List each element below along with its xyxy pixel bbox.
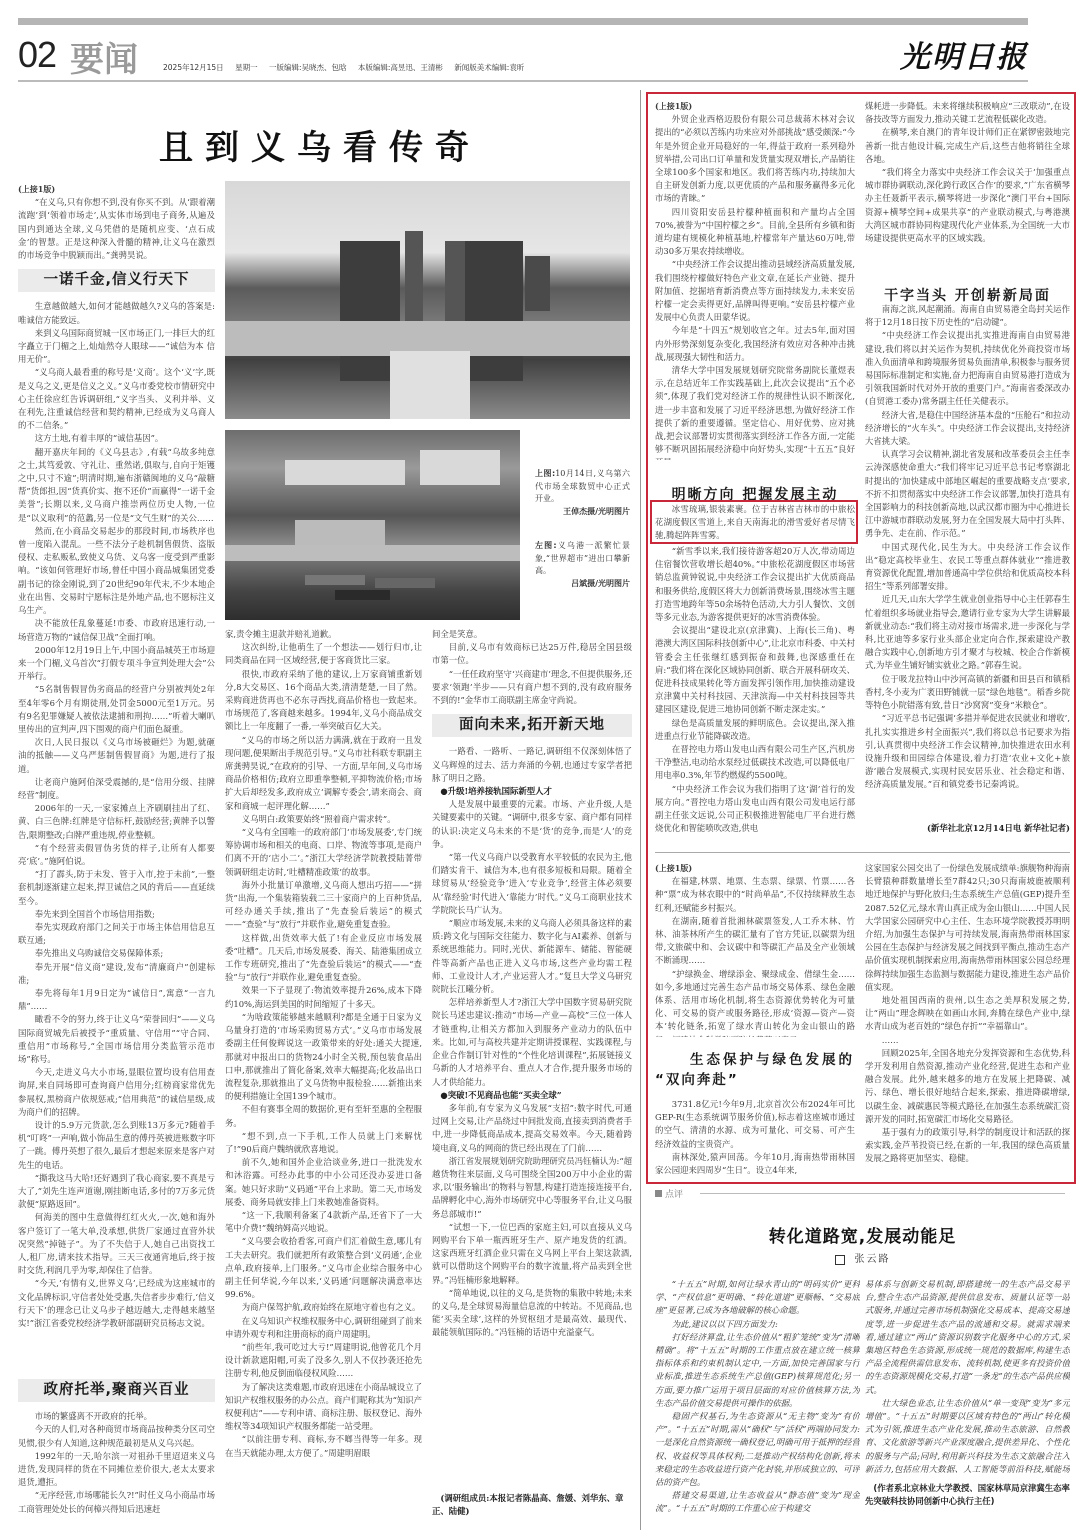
- paragraph: 位于吸龙拉特山中沙河高镇的新疆和田县百和镇稻香村,冬小麦为广袤田野铺就一层“绿色…: [865, 673, 1070, 713]
- paragraph: 2006年的一天,一家家摊点上齐刷刷挂出了红、黄、白三色牌:红牌是守信标杆,鼓励…: [18, 802, 215, 842]
- paragraph: 四川资阳安岳县柠檬种植面积和产量均占全国70%,被誉为“中国柠檬之乡”。目前,全…: [655, 206, 855, 259]
- paragraph: 一路看、一路听、一路记,调研组不仅深刻体悟了义乌辉煌的过去、活力奔涌的今朝,也通…: [432, 745, 632, 785]
- paragraph: 为此,建议以以下四方面发力:: [655, 1318, 860, 1331]
- masthead-meta: 2025年12月15日 星期一 一版编辑:吴晓杰、包晗 本版编辑:高昱迅、王清彬…: [163, 62, 533, 73]
- paragraph: 在福建,林票、地票、生态票、绿票、竹票……各种“票”成为林农眼中的“时尚单品”,…: [655, 875, 855, 915]
- paragraph: 这方土地,有着丰厚的“诚信基因”。: [18, 432, 215, 445]
- photo-credit-top: 王倬杰摄/光明图片: [535, 506, 630, 519]
- masthead-top-bar: [18, 18, 1028, 25]
- paragraph: 清华大学中国发展规划研究院常务副院长董煜表示,在总结近年工作实践基础上,此次会议…: [655, 364, 855, 460]
- issue-date: 2025年12月15日: [163, 63, 224, 72]
- paragraph: ……: [865, 1034, 1070, 1047]
- issue-weekday: 星期一: [235, 63, 258, 72]
- paragraph: 为商户保驾护航,政府始终在原地守着也有之义。: [225, 1301, 422, 1314]
- paragraph: “简单地说,以往的义乌,是货物的集散中转地;未来的义乌,是全球贸易海量信息流的中…: [432, 1287, 632, 1340]
- paragraph: 1992年的一天,哈尔滨一对祖孙千里迢迢来义乌进货,发现同样的货在不同摊位差价很…: [18, 1450, 215, 1490]
- paragraph: “新雪季以来,我们接待游客超20万人次,带动周边住宿餐饮营收增长超40%。”中旅…: [655, 545, 855, 624]
- paragraph: 让老商户施阿伯深受震撼的,是“信用分级、挂牌经营”制度。: [18, 776, 215, 802]
- paragraph: 间全是笑意。: [432, 628, 632, 641]
- commentary-column-1: “十五五”时期,如何让绿水青山的“明码实价”更科学、“产权信息”更明确、“转化道…: [655, 1278, 860, 1528]
- masthead: 02 要闻 2025年12月15日 星期一 一版编辑:吴晓杰、包晗 本版编辑:高…: [18, 30, 1028, 80]
- paragraph: 奉先实现政府部门之间关于市场主体信用信息互联互通;: [18, 921, 215, 947]
- paragraph: 近几天,山东大学学生就业创业指导中心主任郭春生忙着组织多场就业指导会,邀请行业专…: [865, 593, 1070, 672]
- photo-caption-top: 上图:10月14日,义乌第六代市场全球数贸中心正式开业。 王倬杰摄/光明图片: [535, 468, 630, 518]
- paragraph: “试想一下,一位巴西的家庭主妇,可以直接从义乌网购平台下单一瓶西班牙生产、原产地…: [432, 1221, 632, 1287]
- paragraph: “第一代义乌商户以受教育水平较低的农民为主,他们踏实肯干、诚信为本,也有很多短板…: [432, 851, 632, 917]
- paragraph: 海外小批量订单激增,义乌商人想出巧招——“拼货”出海,一个集装箱装载二三十家商户…: [225, 879, 422, 932]
- masthead-rule: [18, 80, 1028, 82]
- paragraph: “中央经济工作会议提出扎实推进海南自由贸易港建设,我们将以封关运作为契机,持续优…: [865, 329, 1070, 408]
- paragraph: 目前,义乌市有效商标已达25万件,稳居全国县级市第一位。: [432, 641, 632, 667]
- continued-label: (上接1版): [655, 100, 855, 113]
- paragraph: “有个经营卖假冒伪劣货的样子,让所有人都要亮‘底’。”施阿伯说。: [18, 842, 215, 868]
- paragraph: 奉先推出义乌购诚信交易保障体系;: [18, 947, 215, 960]
- conference-story-column-1: (上接1版) 外贸企业西格迈股份有限公司总裁蒋木林对会议提出的“必须以苦练内功来…: [655, 100, 855, 460]
- bullet-heading-trade: ●突破!不见商品也能“买卖全球”: [432, 1089, 632, 1102]
- continued-label: (上接1版): [655, 862, 855, 875]
- section-title-integrity: 一诺千金,信义行天下: [18, 269, 215, 292]
- continued-label: (上接1版): [18, 183, 215, 196]
- art-editor: 新闻版美术编辑:袁昕: [454, 63, 524, 72]
- section-title-future: 面向未来,拓开新天地: [432, 714, 632, 737]
- paragraph: 回顾2025年,全国各地充分发挥资源和生态优势,科学开发利用自然资源,推动产业化…: [865, 1047, 1070, 1126]
- paragraph: 奉先开展“信义商”建设,发布“清廉商户”创建标准;: [18, 961, 215, 987]
- paragraph: 煤耗进一步降低。未来将继续积极响应“三改联动”,在设备技改等方面发力,推动关键工…: [865, 100, 1070, 126]
- paragraph: 2000年12月19日上午,中国小商品城英王市场迎来一个门楣,义乌首次“打假专项…: [18, 644, 215, 684]
- green-story-column-1b: 3731.8亿元!今年9月,北京首次公布2024年可比GEP-R(生态系统调节服…: [655, 1098, 855, 1178]
- paragraph: 今天,走进义乌大小市场,显眼位置均设有信用查询屏,来自同场即可查询商户信用分;红…: [18, 1066, 215, 1119]
- paragraph: “一任任政府坚守‘兴商建市’理念,不但提供服务,还要求‘领跑’半步——只有商户想…: [432, 668, 632, 708]
- paragraph: 决不能放任乱象蔓延!市委、市政府迅速行动,一场营造万物的“诚信保卫战”全面打响。: [18, 617, 215, 643]
- paragraph: 在横琴,来自澳门的青年设计师们正在紧锣密鼓地完善新一批吉他设计稿,完成生产后,这…: [865, 126, 1070, 166]
- section-title-government: 政府托举,聚商兴百业: [18, 1379, 215, 1402]
- paragraph: 浙江省发展规划研究院助理研究员冯钰楠认为:“超越货物往来层面,义乌可围绕全国20…: [432, 1155, 632, 1221]
- commentary-tag: 点评: [655, 1187, 683, 1200]
- paragraph: 设计的5.9万元货款,怎么到账13万多元?随着手机“叮咚”一声响,做小饰品生意的…: [18, 1119, 215, 1172]
- paragraph: 家,责令摊主退款并赔礼道歉。: [225, 628, 422, 641]
- paragraph: 前不久,她和国外企业洽谈业务,进口一批洗发水和沐浴露。可经办此事的中小公司还没办…: [225, 1156, 422, 1209]
- main-story-byline-box: (调研组成员:本报记者陈晶高、詹媛、刘华东、章正、陆健): [432, 1492, 632, 1528]
- column-divider: [640, 90, 641, 1530]
- paragraph: “打了霹头,防于未发、管于入市,控于未前”,一整套机制逐渐建立起来,捍卫诚信之风…: [18, 868, 215, 908]
- paragraph: 瞰看不令的努力,终于让义乌“荣誉回归”——义乌国际商贸城先后被授予“重质量、守信…: [18, 1013, 215, 1066]
- paragraph: 多年前,有专家为义乌发展“支招”:数字时代,可通过网上交易,让产品绕过中间批发商…: [432, 1102, 632, 1155]
- paragraph: 搭建交易渠道,让生态收益从“静态值”变为“现金流”。“十五五”时期的工作重心应于…: [655, 1489, 860, 1515]
- paragraph: 南海之滨,风起潮涌。海南自由贸易港全岛封关运作将于12月18日按下历史性的“启动…: [865, 303, 1070, 329]
- paragraph: 这家国家公园交出了一份绿色发展成绩单:旗舰物种海南长臂猿种群数量增长至7群42只…: [865, 862, 1070, 994]
- paragraph: “想不到,点一下手机,工作人员就上门来解忧了!”90后商户魏纳就欣喜地说。: [225, 1130, 422, 1156]
- photo-global-trade-center: [225, 181, 630, 419]
- paragraph: 何海美的图中生意做得红红火火,一次,她和海外客户签订了一笔大单,没承想,供货厂家…: [18, 1211, 215, 1277]
- paragraph: “护绿换金、增绿添金、聚绿成金、借绿生金……如今,多地通过完善生态产品市场交易体…: [655, 968, 855, 1037]
- paragraph: 认真学习会议精神,湖北省发展和改革委员会主任李云涛深感使命重大:“我们将牢记习近…: [865, 448, 1070, 540]
- paragraph: “义乌有全国唯一的政府部门‘市场发展委’,专门统筹协调市场和相关的电商、口岸、物…: [225, 826, 422, 879]
- paragraph: 在义乌知识产权维权服务中心,调研组碰到了前来申请外观专利和注册商标的商户周建明。: [225, 1315, 422, 1341]
- paragraph: 中国式现代化,民生为大。中央经济工作会议作出“稳定高校毕业生、农民工等重点群体就…: [865, 541, 1070, 594]
- paragraph: 市场的繁盛离不开政府的托举。: [18, 1410, 215, 1423]
- paragraph: 今年是“十四五”规划收官之年。过去5年,面对国内外形势深刻复杂变化,我国经济有效…: [655, 324, 855, 364]
- main-story-section-government: 政府托举,聚商兴百业 市场的繁盛离不开政府的托举。 今天的人们,对各种商贸市场商…: [18, 1372, 215, 1528]
- photo-yiwu-port: [225, 430, 520, 620]
- conference-story-column-1b: “新雪季以来,我们接待游客超20万人次,带动周边住宿餐饮营收增长超40%。”中旅…: [655, 545, 855, 855]
- green-story-column-2: 这家国家公园交出了一份绿色发展成绩单:旗舰物种海南长臂猿种群数量增长至7群42只…: [865, 862, 1070, 1178]
- paragraph: 易体系与创新交易机制,即搭建统一的生态产品交易平台,整合生态产品资源,提供信息发…: [865, 1278, 1070, 1397]
- paragraph: 今天的人们,对各种商贸市场商品按种类分区司空见惯,很少有人知道,这种规范最初是从…: [18, 1423, 215, 1449]
- paragraph: 经济大省,是稳住中国经济基本盘的“压舱石”和拉动经济增长的“火车头”。中央经济工…: [865, 409, 1070, 449]
- paragraph: 不但有赛事全周的数据价,更有至轩至惠的全程服务。: [225, 1103, 422, 1129]
- conference-story-column-2: 煤耗进一步降低。未来将继续积极响应“三改联动”,在设备技改等方面发力,推动关键工…: [865, 100, 1070, 270]
- paragraph: 在晋控电力塔山发电山西有限公司生产区,汽机房干净整洁,电动给水泵经过低碳技术改造…: [655, 743, 855, 783]
- paragraph: “顺应市场发展,未来的义乌商人必须具备这样的素质:跨文化与国际交往能力、数字化与…: [432, 917, 632, 996]
- paragraph: 奉先来到全国首个市场信用指数;: [18, 908, 215, 921]
- research-team-byline: (调研组成员:本报记者陈晶高、詹媛、刘华东、章正、陆健): [432, 1492, 632, 1518]
- paragraph: 然而,在小商品交易起步的那段时间,市场秩序也曾一度陷入混乱。一些不法分子趁机制售…: [18, 525, 215, 617]
- paragraph: “撕我这马大哈!还好遇到了我心商家,要不真是亏大了,”刘先生连声道谢,刚挂断电话…: [18, 1172, 215, 1212]
- paragraph: 人是发展中最重要的元素。市场、产业升级,人是关键要素中的关键。“调研中,很多专家…: [432, 798, 632, 851]
- paragraph: “今天,‘有情有义,世界义乌’,已经成为这座城市的文化品牌标识,守信者处处受惠,…: [18, 1277, 215, 1330]
- paragraph: 这样做,出货效率大低了!有企业反应市场发展委“吐槽”。几天后,市场发展委、海关、…: [225, 932, 422, 985]
- paragraph: “中央经济工作会议提出推动县域经济高质量发展,我们围绕柠檬做好特色产业文章,在延…: [655, 258, 855, 324]
- story-separator: [655, 852, 1070, 853]
- photo-caption-left: 左图:义乌港一派繁忙景象,“世界超市”进出口攀新高。 吕斌摄/光明图片: [535, 540, 630, 590]
- paragraph: “十五五”时期,如何让绿水青山的“明码实价”更科学、“产权信息”更明确、“转化道…: [655, 1278, 860, 1318]
- paragraph: “习近平总书记强调‘多措并举促进农民就业和增收’,扎扎实实推进乡村全面振兴”,我…: [865, 712, 1070, 791]
- main-story-column-3: 间全是笑意。 目前,义乌市有效商标已达25万件,稳居全国县级市第一位。 “一任任…: [432, 628, 632, 1528]
- paragraph: 生意越做越大,如何才能越做越久?义乌的答案是:唯诚信方能致远。: [18, 300, 215, 326]
- conference-story-column-2b: 南海之滨,风起潮涌。海南自由贸易港全岛封关运作将于12月18日按下历史性的“启动…: [865, 303, 1070, 818]
- paragraph: “为啥政策能够越来越顺利?都是全通于日家为义乌量身打造的‘市场采购贸易方式’。”…: [225, 1011, 422, 1103]
- dateline-box: (新华社北京12月14日电 新华社记者): [865, 822, 1070, 838]
- paragraph: 会议提出“建设北京(京津冀)、上海(长三角)、粤港澳大湾区国际科技创新中心”,让…: [655, 624, 855, 716]
- author-note-box: (作者系北京林业大学教授、国家林草局京津冀生态率先突破科技协同创新中心执行主任): [865, 1482, 1070, 1518]
- paragraph: 南林深处,猿声回荡。今年10月,海南热带雨林国家公园迎来四周岁“生日”。设立4年…: [655, 1151, 855, 1177]
- author-box-icon: [835, 1255, 845, 1265]
- photo-credit-left: 吕斌摄/光明图片: [535, 578, 630, 591]
- paragraph: 在湖南,随着首批湘林碳票签发,人工乔木林、竹林、油茶林所产生的碳汇量有了官方凭证…: [655, 915, 855, 968]
- paragraph: “义乌要会收拾看客,可商户们汇着做生意,哪儿有工夫去研究。我们就把所有政策整合到…: [225, 1235, 422, 1301]
- paragraph: “以前注册专利、商标,夯不啷当得等一年多。现在当天就能办理,太方便了。”周建明眉…: [225, 1433, 422, 1459]
- green-story-column-1: (上接1版) 在福建,林票、地票、生态票、绿票、竹票……各种“票”成为林农眼中的…: [655, 862, 855, 1037]
- paragraph: 为了解决这类难题,市政府迅速在小商品城设立了知识产权维权服务的办公点。商户们昵称…: [225, 1381, 422, 1434]
- paragraph: “义乌的市场之所以活力满满,就在于政府一且发现问题,便果断出手规范引导。”义乌市…: [225, 734, 422, 813]
- paragraph: 义乌明白:政策要始终“照着商户需求转”。: [225, 813, 422, 826]
- commentary-column-2: 易体系与创新交易机制,即搭建统一的生态产品交易平台,整合生态产品资源,提供信息发…: [865, 1278, 1070, 1478]
- paragraph: “这一下,我顺利备案了4款新产品,还省下了一大笔中介费!”魏纳姆高兴地说。: [225, 1209, 422, 1235]
- paragraph: 壮大绿色业态,让生态价值从“单一变现”变为“多元增值”。“十五五”时期要以区域有…: [865, 1397, 1070, 1478]
- xinhua-dateline: (新华社北京12月14日电 新华社记者): [865, 822, 1070, 835]
- main-story-column-1: (上接1版) “在义乌,只有你想不到,没有你买不到。从‘跟着潮流跑’到‘领着市场…: [18, 183, 215, 1528]
- commentary-rule: [700, 1193, 1065, 1194]
- paragraph: 3731.8亿元!今年9月,北京首次公布2024年可比GEP-R(生态系统调节服…: [655, 1098, 855, 1151]
- intro-paragraph: “在义乌,只有你想不到,没有你买不到。从‘跟着潮流跑’到‘领着市场走’,从实体市…: [18, 196, 215, 262]
- paragraph: 效果一下子显现了:物流效率提升26%,成本下降约10%,海运到美国的时间缩短了十…: [225, 984, 422, 1010]
- paragraph: “义乌商人最看重的称号是‘义商’。这个‘义’字,既是义乌之义,更是信义之义。”义…: [18, 366, 215, 432]
- bullet-heading-talent: ●升级!培养接轨国际新型人才: [432, 785, 632, 798]
- paragraph: 外贸企业西格迈股份有限公司总裁蒋木林对会议提出的“必须以苦练内功来应对外部挑战”…: [655, 113, 855, 205]
- author-note: (作者系北京林业大学教授、国家林草局京津冀生态率先突破科技协同创新中心执行主任): [865, 1482, 1070, 1508]
- paragraph: 翻开嘉庆年间的《义乌县志》,有载“乌故多纯意之士,其笃爱敦、守礼让、重然诺,俱取…: [18, 446, 215, 525]
- paragraph: “5名制售假冒伪劣商品的经营户分别被判处2年至4年零6个月有期徒刑,处罚金500…: [18, 683, 215, 736]
- page-editors: 本版编辑:高昱迅、王清彬: [358, 63, 443, 72]
- paragraph: 打好经济算盘,让生态价值从“粗犷笼统”变为“清晰精确”。将“十五五”时期的工作重…: [655, 1331, 860, 1410]
- front-page-editors: 一版编辑:吴晓杰、包晗: [269, 63, 347, 72]
- paragraph: 怎样培养新型人才?浙江大学中国数字贸易研究院院长马述忠建议:推动“市场—产业—高…: [432, 996, 632, 1088]
- page-number: 02: [18, 34, 56, 76]
- commentary-title: 转化道路宽,发展动能足: [645, 1222, 1080, 1247]
- section-title-ecology: 生态保护与绿色发展的 “双向奔赴”: [655, 1050, 855, 1090]
- paragraph: 绿色是高质量发展的鲜明底色。会议提出,深入推进重点行业节能降碳改造。: [655, 717, 855, 743]
- paragraph: 来到义乌国际商贸城一区市场正门,一排巨大的红字矗立于门楣之上,灿灿然夺人眼球——…: [18, 327, 215, 367]
- main-headline: 且到义乌看传奇: [0, 120, 640, 169]
- paragraph: 地处祖国西南的贵州,以生态之美厚积发展之势,让“两山”理念辉映在如画山水间,奔腾…: [865, 994, 1070, 1034]
- main-story-column-2: 家,责令摊主退款并赔礼道歉。 这次纠纷,让他萌生了一个想法——划行归市,让同类商…: [225, 628, 422, 1528]
- paragraph: 这次纠纷,让他萌生了一个想法——划行归市,让同类商品在同一区域经营,便于客商货比…: [225, 641, 422, 667]
- paragraph: 次日,人民日报以《义乌市场被砸烂》为题,就砸油的抵触——义乌严惩制售假冒商》为题…: [18, 736, 215, 776]
- paragraph: “我们将全力落实中央经济工作会议关于‘加强重点城市群协调联动,深化跨行政区合作’…: [865, 166, 1070, 245]
- newspaper-logo: 光明日报: [900, 32, 1028, 76]
- highlighted-paragraph: 冰雪琉璃,银装素裹。位于吉林省吉林市的中旅松花湖度假区雪道上,来自天南海北的滑雪…: [655, 503, 855, 543]
- paragraph: 基于强有力的政策引导,科学的制度设计和活跃的探索实践,金芦苇投资已经,在新的一年…: [865, 1126, 1070, 1166]
- paragraph: 稳固产权基石,为生态资源从“无主物”变为“有价产”。“十五五”时期,需从“确权”…: [655, 1410, 860, 1489]
- section-name: 要闻: [70, 32, 138, 81]
- paragraph: “中央经济工作会议为我们指明了这‘湖’首行的发展方向。”晋控电力塔山发电山西有限…: [655, 783, 855, 836]
- commentary-author: 张云路: [645, 1250, 1080, 1265]
- paragraph: “前些年,我可吃过大亏!”周建明说,他曾花几个月设计新款遮阳帽,可卖了没多久,别…: [225, 1341, 422, 1381]
- square-bullet-icon: [655, 1190, 662, 1197]
- paragraph: 奉先将每年1月9日定为“诚信日”,寓意“一言九鼎”……: [18, 987, 215, 1013]
- paragraph: “无序经营,市场哪能长久?!”时任义乌小商品市场工商管理处处长的何樟兴得知后迅速…: [18, 1489, 215, 1515]
- paragraph: 很快,市政府采纳了他的建议,上万家商铺重新划分,8大交易区、16个商品大类,清清…: [225, 668, 422, 734]
